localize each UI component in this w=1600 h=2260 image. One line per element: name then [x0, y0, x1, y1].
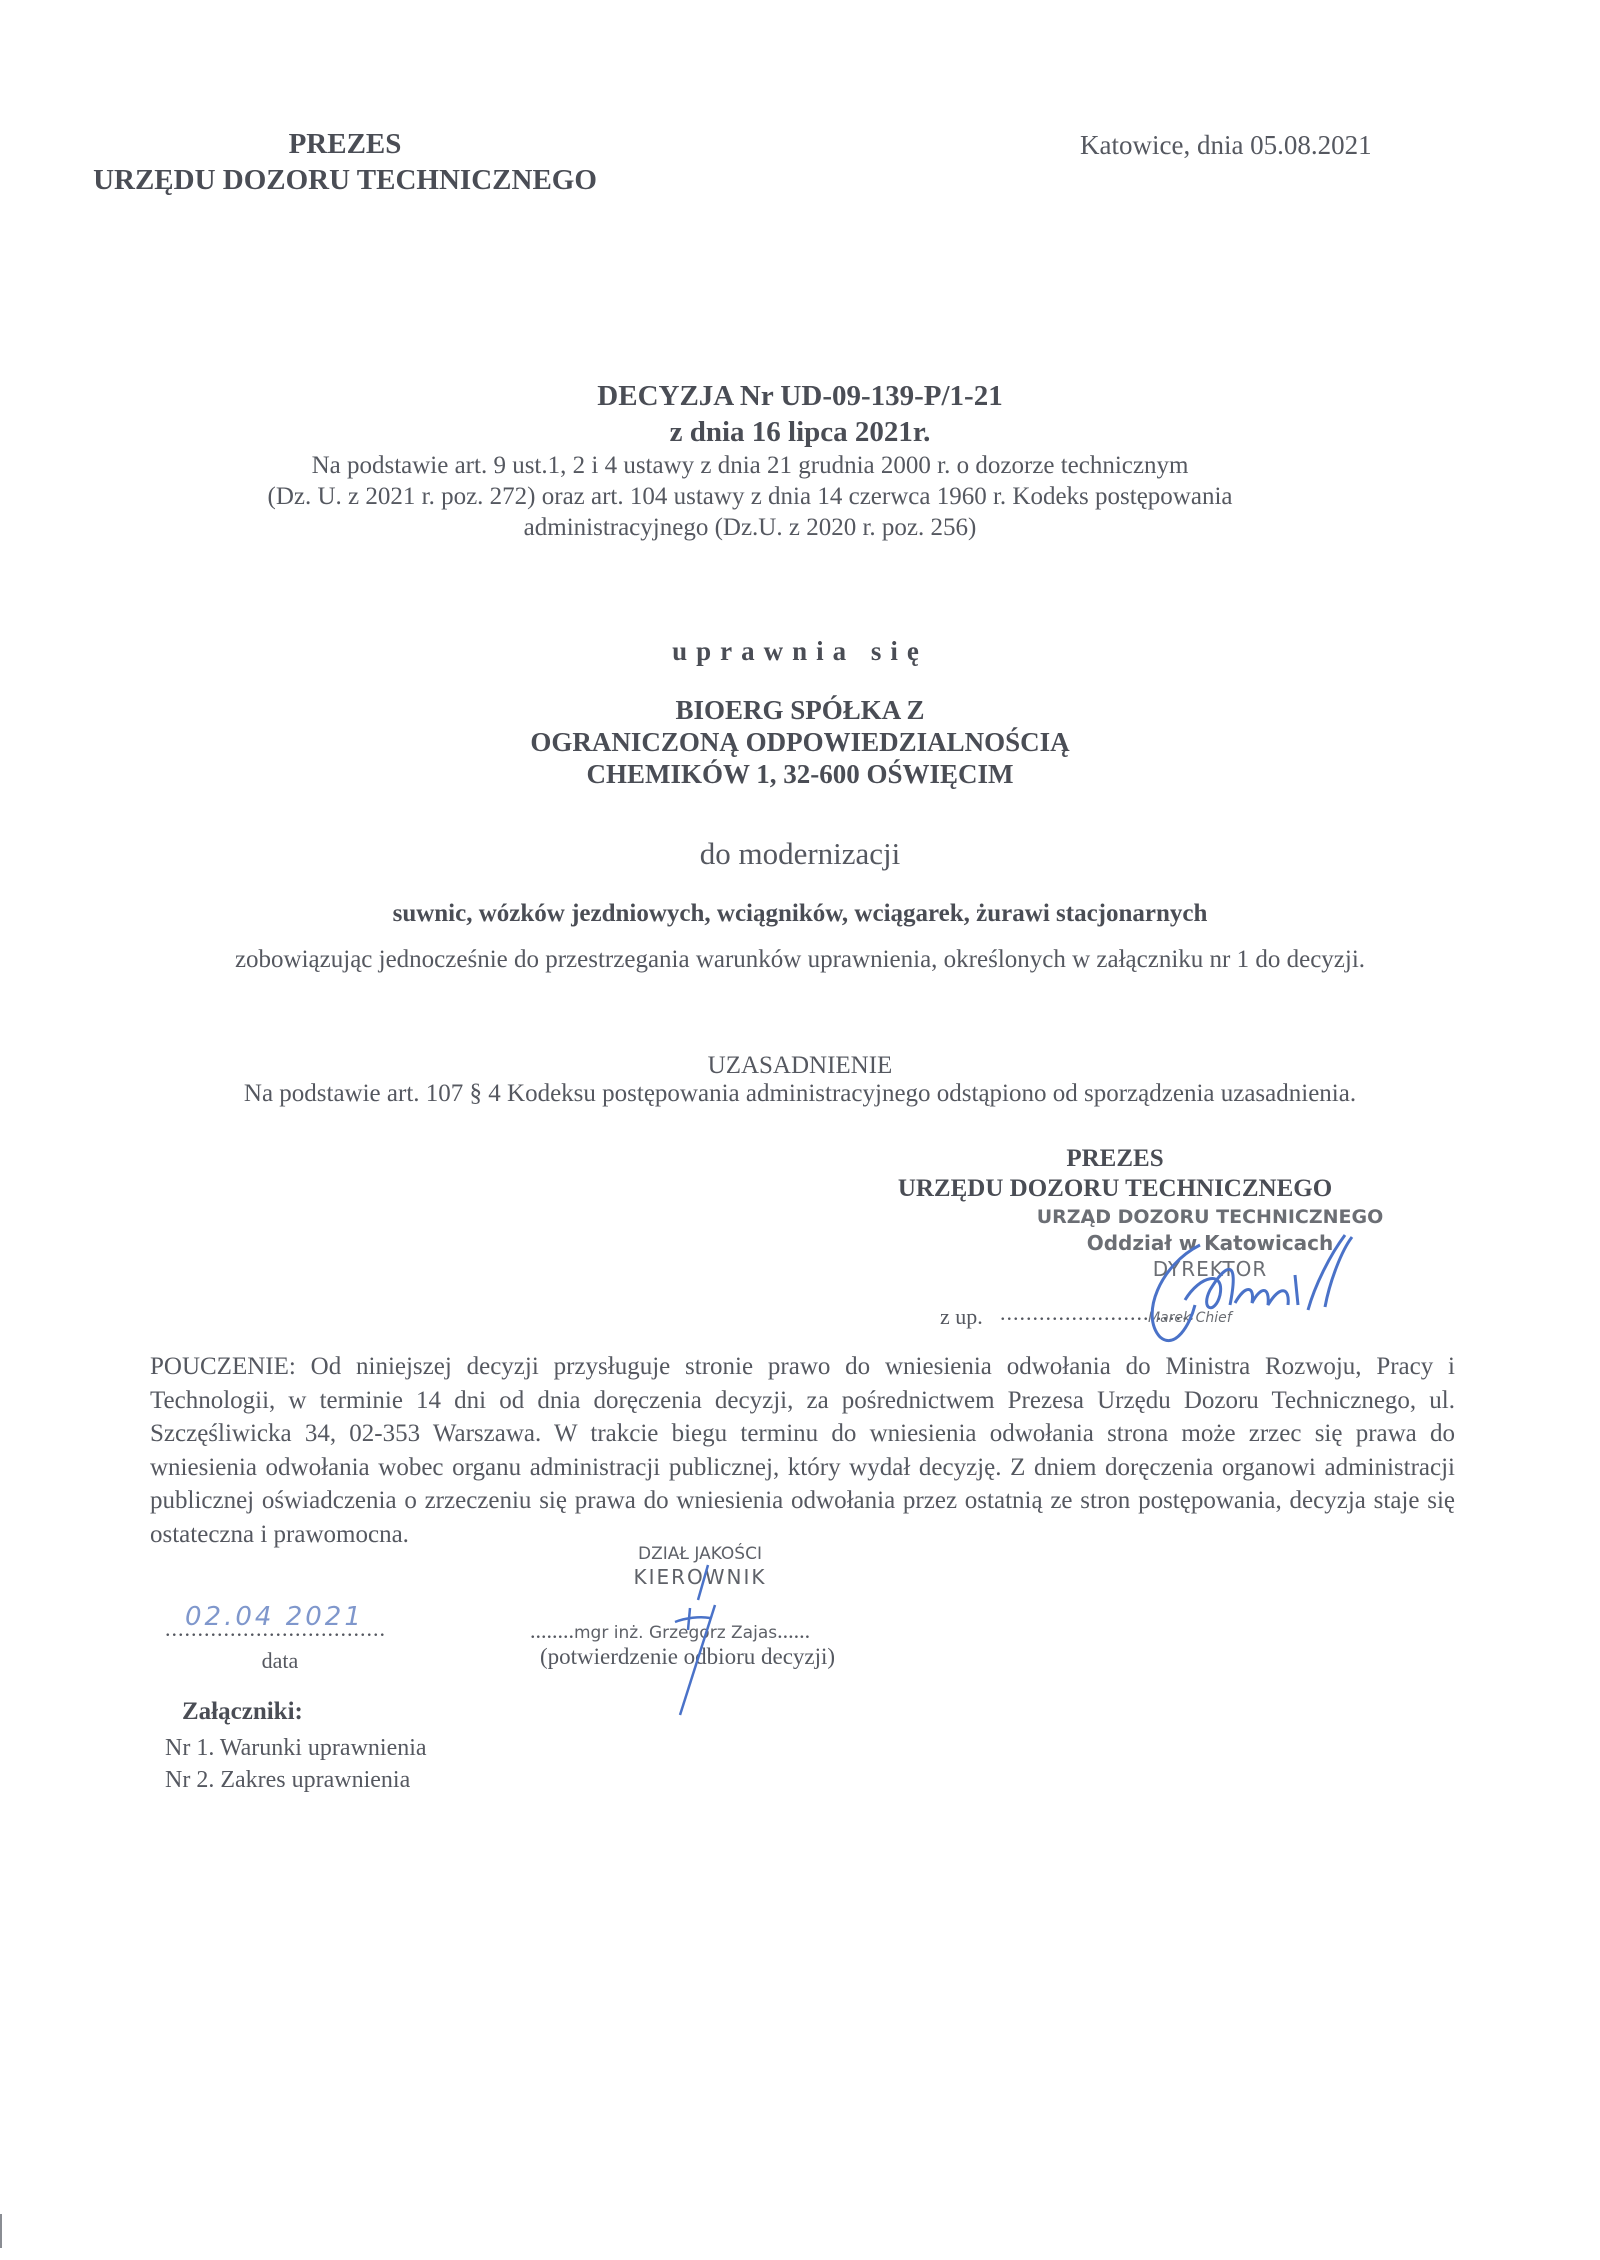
- obligation-text: zobowiązując jednocześnie do przestrzega…: [0, 946, 1600, 974]
- scope-intro: do modernizacji: [0, 836, 1600, 872]
- issuer-line-1: PREZES: [75, 126, 615, 162]
- issuer-header: PREZES URZĘDU DOZORU TECHNICZNEGO: [75, 126, 615, 198]
- decision-date: z dnia 16 lipca 2021r.: [0, 414, 1600, 450]
- receiver-dots-left: ........: [530, 1618, 574, 1643]
- company-address: CHEMIKÓW 1, 32-600 OŚWIĘCIM: [0, 758, 1600, 790]
- date-dotted-line: ..................................: [165, 1616, 386, 1642]
- legal-basis: Na podstawie art. 9 ust.1, 2 i 4 ustawy …: [240, 450, 1260, 543]
- justification-text: Na podstawie art. 107 § 4 Kodeksu postęp…: [0, 1080, 1600, 1108]
- legal-basis-line: Na podstawie art. 9 ust.1, 2 i 4 ustawy …: [240, 450, 1260, 481]
- attachment-item: Nr 1. Warunki uprawnienia: [165, 1732, 427, 1764]
- issuer-line-2: URZĘDU DOZORU TECHNICZNEGO: [75, 162, 615, 198]
- place-date: Katowice, dnia 05.08.2021: [1080, 130, 1372, 161]
- handwritten-signature-icon: [1130, 1225, 1360, 1345]
- appeal-instruction: POUCZENIE: Od niniejszej decyzji przysłu…: [150, 1350, 1455, 1551]
- company-name-line-2: OGRANICZONĄ ODPOWIEDZIALNOŚCIĄ: [0, 726, 1600, 758]
- signatory-title-line-2: URZĘDU DOZORU TECHNICZNEGO: [880, 1174, 1350, 1204]
- receiver-dots-right: ......: [777, 1618, 810, 1643]
- by-authority-label: z up.: [940, 1304, 983, 1330]
- scan-edge-mark: [0, 2214, 2, 2248]
- attachments-title: Załączniki:: [182, 1698, 303, 1726]
- attachment-item: Nr 2. Zakres uprawnienia: [165, 1764, 427, 1796]
- decision-title: DECYZJA Nr UD-09-139-P/1-21 z dnia 16 li…: [0, 378, 1600, 450]
- justification-title: UZASADNIENIE: [0, 1052, 1600, 1080]
- decision-number: DECYZJA Nr UD-09-139-P/1-21: [0, 378, 1600, 414]
- signatory-title-line-1: PREZES: [880, 1144, 1350, 1174]
- receiver-signature-icon: [660, 1560, 730, 1720]
- signatory-title: PREZES URZĘDU DOZORU TECHNICZNEGO: [880, 1144, 1350, 1204]
- company-name-line-1: BIOERG SPÓŁKA Z: [0, 694, 1600, 726]
- company-block: BIOERG SPÓŁKA Z OGRANICZONĄ ODPOWIEDZIAL…: [0, 694, 1600, 790]
- date-label: data: [165, 1648, 395, 1674]
- legal-basis-line: (Dz. U. z 2021 r. poz. 272) oraz art. 10…: [240, 481, 1260, 512]
- grant-phrase: uprawnia się: [0, 636, 1600, 667]
- scope-items: suwnic, wózków jezdniowych, wciągników, …: [0, 900, 1600, 928]
- attachments-list: Nr 1. Warunki uprawnienia Nr 2. Zakres u…: [165, 1732, 427, 1796]
- legal-basis-line: administracyjnego (Dz.U. z 2020 r. poz. …: [240, 512, 1260, 543]
